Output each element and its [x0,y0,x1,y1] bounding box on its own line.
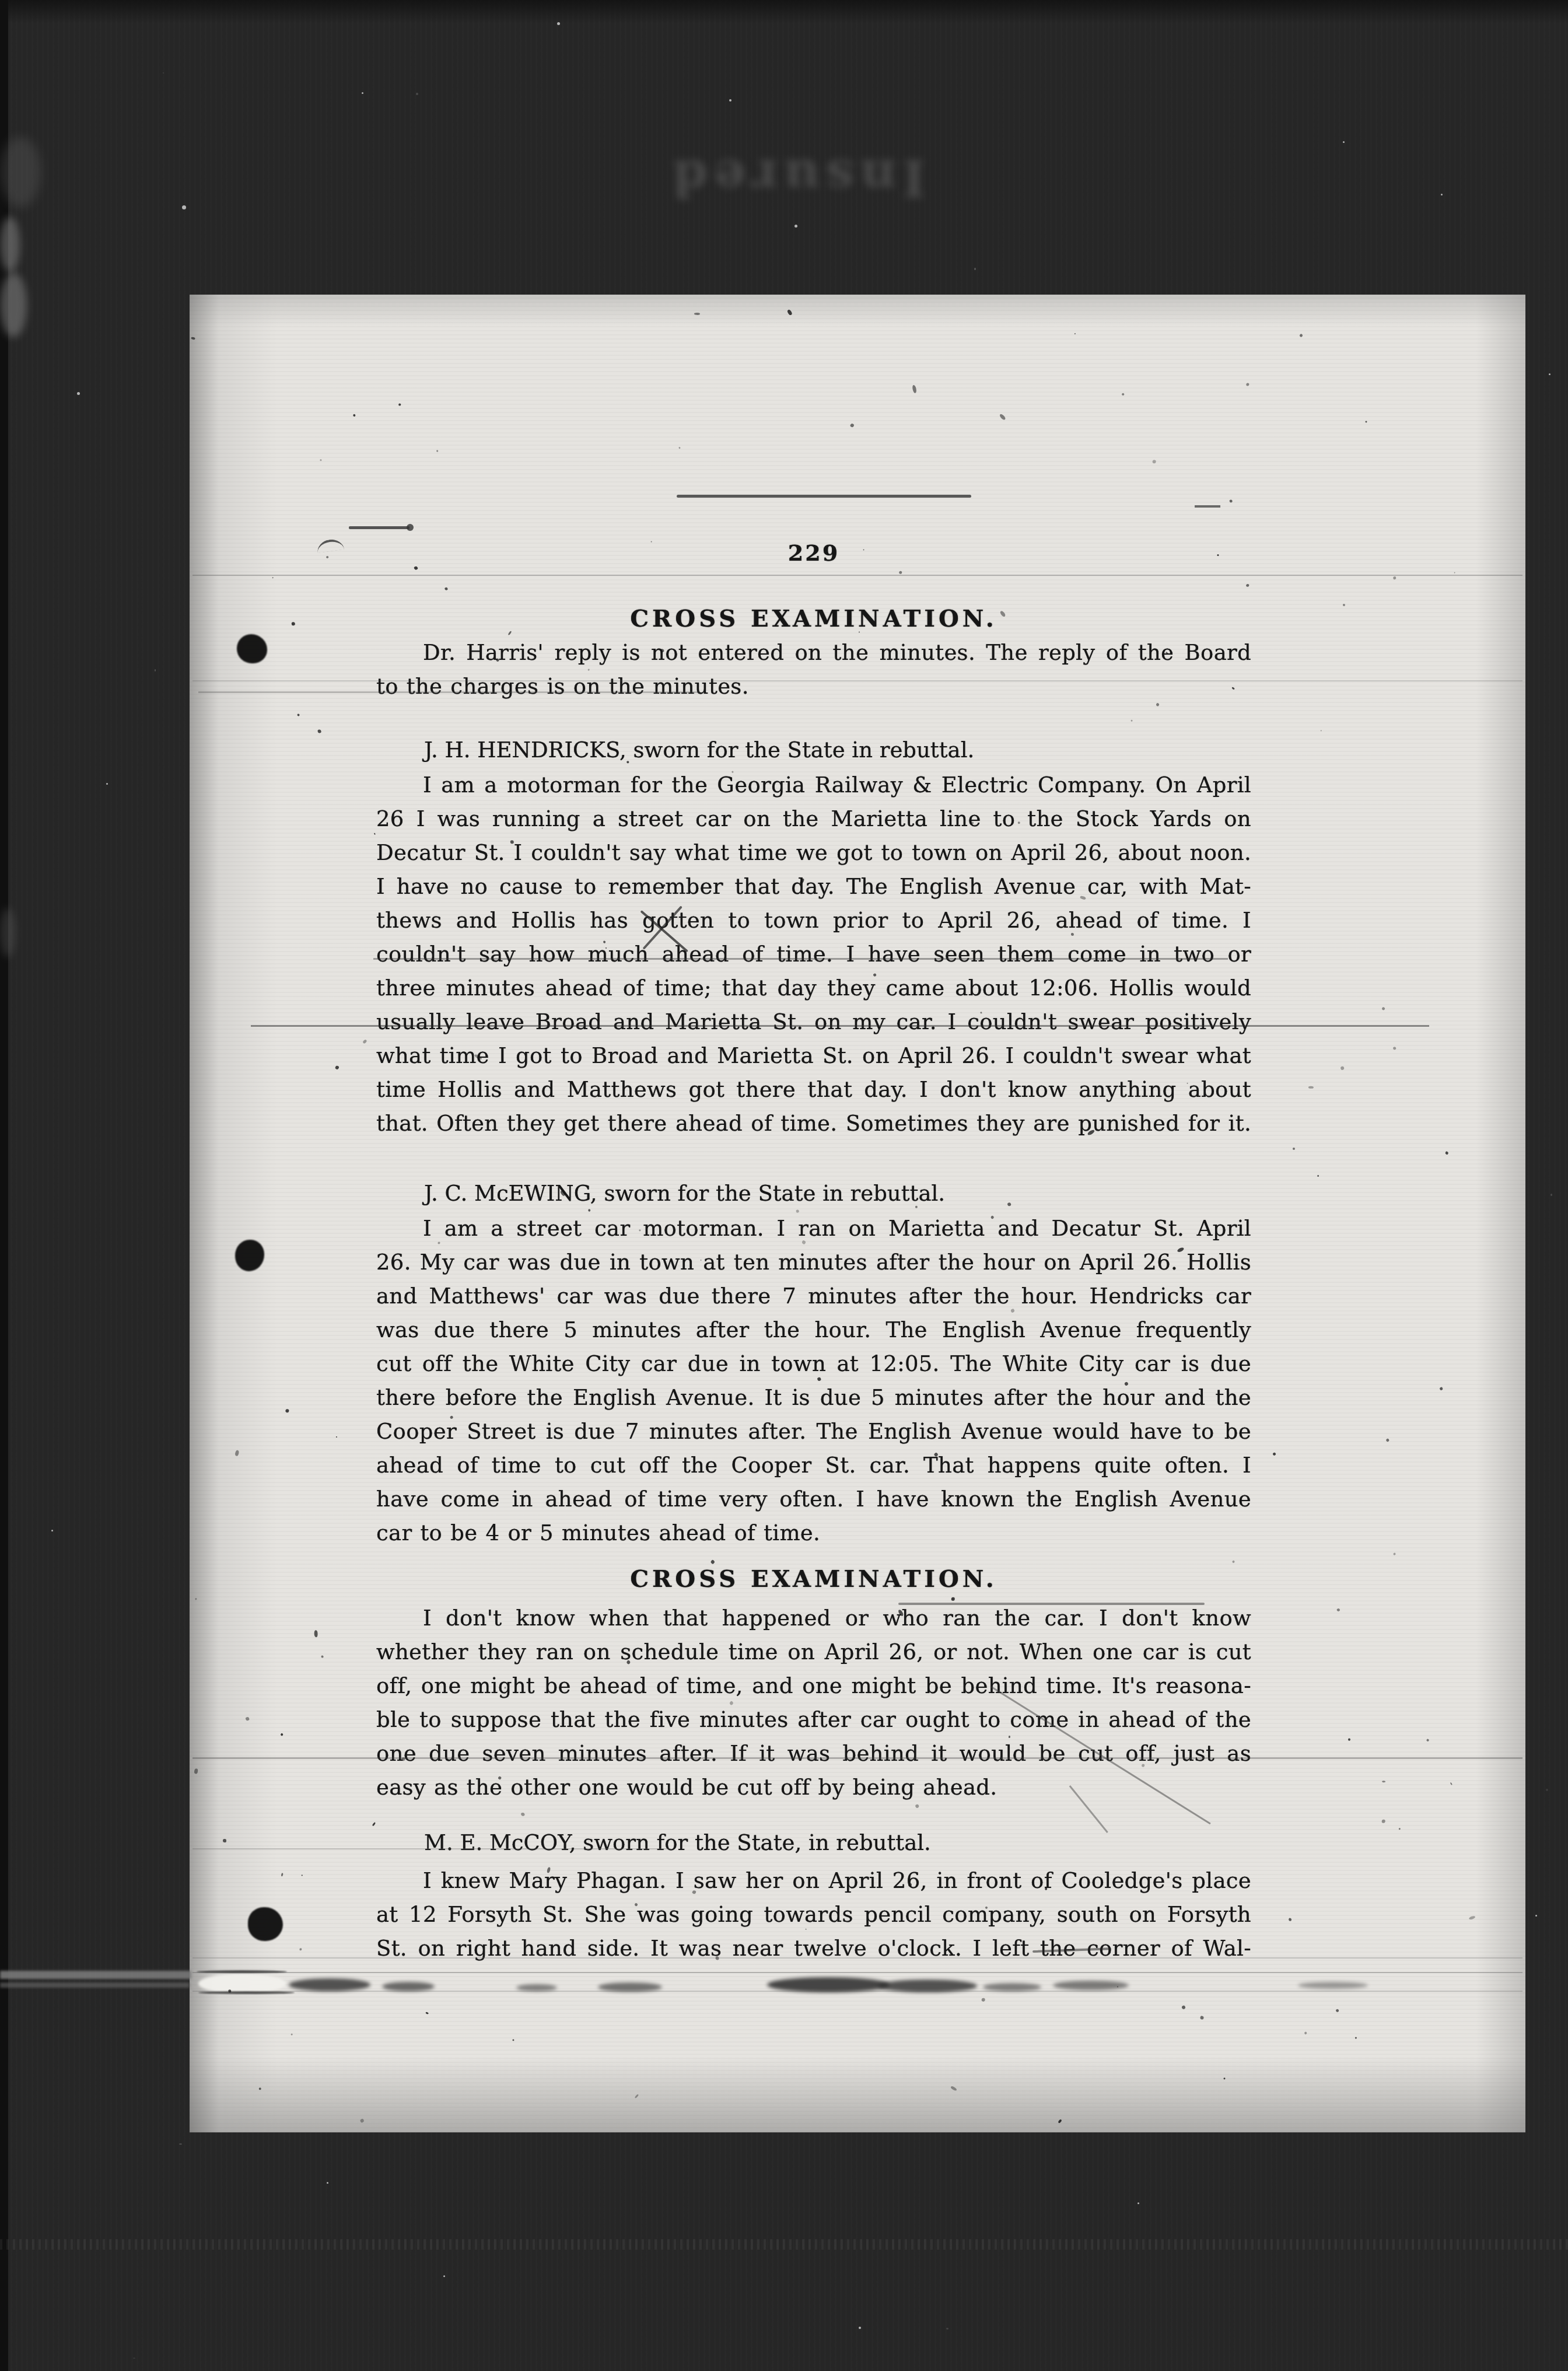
ink-speck [1181,2005,1185,2009]
text-line: have come in ahead of time very often. I… [376,1482,1251,1516]
ink-speck [360,2118,365,2123]
ink-speck [1393,1552,1396,1555]
smudge-band [516,1984,557,1991]
text-line: I don't know when that happened or who r… [376,1601,1251,1635]
text-line: whether they ran on schedule time on Apr… [376,1635,1251,1669]
ink-speck [1308,1086,1314,1089]
scan-streak [898,1603,1205,1605]
film-speck [946,2328,949,2330]
film-speck [182,205,186,209]
ink-speck [1232,1560,1235,1563]
ink-speck [915,1804,919,1809]
ink-speck [325,555,329,559]
film-speck [77,392,80,395]
film-edge-artifact [0,1982,190,1988]
film-speck [1137,2202,1139,2204]
smudge-band [1298,1982,1368,1989]
ink-speck [1347,1738,1350,1741]
ink-speck [1199,2016,1204,2020]
film-speck [794,225,797,228]
film-edge-artifact [0,217,20,272]
ink-speck [194,1768,198,1774]
witness-swear-line: J. H. HENDRICKS, sworn for the State in … [376,733,1299,767]
film-speck [1546,1789,1548,1791]
witness-swear-line: M. E. McCOY, sworn for the State, in reb… [376,1826,1299,1860]
ink-speck [899,571,902,574]
scan-streak [192,575,1522,576]
text-line: St. on right hand side. It was near twel… [376,1932,1251,1966]
film-speck [1343,141,1345,143]
ink-speck [1299,334,1303,338]
ink-speck [301,1875,303,1876]
ink-speck [195,1598,197,1600]
ink-speck [299,1948,302,1951]
scan-streak [677,495,971,498]
ink-speck [1320,730,1322,732]
text-line: was due there 5 minutes after the hour. … [376,1313,1251,1347]
ink-speck [1071,933,1074,936]
ink-speck [912,384,917,393]
film-speck [362,92,363,94]
ink-speck [1382,1781,1385,1783]
ink-speck [1335,2009,1339,2013]
scan-streak [192,1757,1522,1759]
text-line: I am a street car motorman. I ran on Mar… [376,1212,1251,1246]
document-page: 229CROSS EXAMINATION.Dr. Harris' reply i… [190,295,1525,2132]
text-line: cut off the White City car due in town a… [376,1347,1251,1381]
ink-speck [297,714,300,716]
testimony-paragraph: I knew Mary Phagan. I saw her on April 2… [376,1864,1251,1966]
smudge-band [598,1982,662,1992]
film-speck [974,268,976,270]
film-edge-artifact [0,137,41,207]
smudge-band [198,1974,286,1994]
testimony-paragraph: Dr. Harris' reply is not entered on the … [376,636,1251,704]
text-line: I knew Mary Phagan. I saw her on April 2… [376,1864,1251,1898]
ink-speck [281,1733,284,1736]
film-edge-artifact [0,908,15,957]
ink-speck [1450,1782,1453,1785]
ink-speck [1393,576,1396,580]
film-speck [179,2143,181,2145]
scan-streak [407,524,414,531]
section-heading: CROSS EXAMINATION. [376,605,1251,632]
ink-speck [1317,1175,1319,1177]
smudge-band [767,1977,890,1992]
ink-speck [1074,333,1076,335]
scan-streak [192,680,1522,681]
film-speck [1535,1915,1537,1917]
ink-speck [694,313,700,316]
witness-swear-line: J. C. McEWING, sworn for the State in re… [376,1177,1299,1211]
ink-speck [1223,2077,1226,2080]
scan-streak [1195,505,1220,508]
bleed-through-ghost-text: Insured [633,137,960,207]
ink-speck [317,729,321,733]
ink-speck [235,1450,239,1456]
ink-speck [290,2033,293,2036]
film-scan-band [0,2239,1568,2250]
ink-speck [1293,1148,1295,1150]
ink-speck [849,423,854,428]
testimony-paragraph: I am a street car motorman. I ran on Mar… [376,1212,1251,1550]
ink-speck [425,2012,429,2014]
ink-speck [1453,572,1455,573]
text-line: one due seven minutes after. If it was b… [376,1737,1251,1771]
ink-speck [1288,1918,1292,1922]
ink-speck [259,2087,261,2090]
text-line: to the charges is on the minutes. [376,670,1251,704]
ink-speck [650,541,652,543]
ink-speck [605,947,607,949]
ink-speck [1246,583,1250,587]
ink-speck [1153,460,1156,463]
punch-hole [235,1240,264,1271]
smudge-band [382,1982,435,1991]
ink-speck [1058,2119,1062,2124]
film-speck [859,2327,861,2329]
scan-streak [192,1848,671,1849]
text-line: 26. My car was due in town at ten minute… [376,1246,1251,1279]
ink-speck [1229,499,1233,503]
ink-speck [1445,1151,1448,1155]
ink-speck [982,1998,985,2002]
text-line: time Hollis and Matthews got there that … [376,1073,1251,1107]
film-edge-artifact [0,1971,191,1979]
punch-hole [237,634,267,663]
text-line: usually leave Broad and Marietta St. on … [376,1005,1251,1039]
scan-streak [251,1025,1429,1027]
scan-streak [373,958,1228,960]
ink-speck [292,622,295,625]
ink-speck [1304,2031,1307,2034]
ink-speck [915,1206,918,1208]
ink-speck [1392,1046,1396,1050]
text-line: off, one might be ahead of time, and one… [376,1669,1251,1703]
ink-speck [1365,421,1367,423]
section-heading: CROSS EXAMINATION. [376,1565,1251,1593]
text-line: car to be 4 or 5 minutes ahead of time. [376,1516,1251,1550]
ink-speck [951,1597,955,1600]
testimony-paragraph: I am a motorman for the Georgia Railway … [376,768,1251,1141]
ink-speck [223,1839,226,1842]
ink-speck [1386,1438,1390,1442]
testimony-paragraph: I don't know when that happened or who r… [376,1601,1251,1805]
film-speck [106,783,108,785]
ink-speck [444,587,447,590]
film-speck [443,2275,445,2277]
ink-speck [373,833,375,835]
ink-speck [1130,719,1133,722]
text-line: and Matthews' car was due there 7 minute… [376,1279,1251,1313]
smudge-band [197,1970,287,1973]
ink-speck [786,309,793,316]
ink-speck [436,450,439,452]
text-line: that. Often they get there ahead of time… [376,1107,1251,1141]
film-edge-artifact [0,273,27,337]
page-number: 229 [376,540,1251,566]
ink-speck [1354,2037,1357,2040]
text-line: ahead of time to cut off the Cooper St. … [376,1449,1251,1482]
microfilm-frame: Insured 229CROSS EXAMINATION.Dr. Harris'… [0,0,1568,2371]
film-speck [133,2358,135,2359]
ink-speck [1426,1739,1429,1741]
ink-speck [496,1946,500,1949]
ink-speck [372,1822,376,1826]
smudge-band [198,1991,295,1994]
ink-speck [1121,393,1124,396]
film-speck [327,2182,328,2184]
text-line: three minutes ahead of time; that day th… [376,971,1251,1005]
smudge-band [192,1972,1522,1973]
ink-speck [999,413,1006,421]
film-speck [1549,373,1550,375]
ink-speck [314,1630,317,1637]
text-line: I have no cause to remember that day. Th… [376,870,1251,904]
ink-speck [1336,1608,1340,1612]
ink-speck [281,1873,283,1876]
film-top-edge [0,0,1568,23]
film-speck [1550,1194,1552,1196]
smudge-band [878,1980,977,1992]
text-line: Decatur St. I couldn't say what time we … [376,836,1251,870]
ink-speck [1399,1827,1401,1830]
ink-speck [320,459,323,461]
ink-speck [950,2086,957,2092]
text-line: at 12 Forsyth St. She was going towards … [376,1898,1251,1932]
ink-speck [272,577,274,579]
scan-streak [192,1957,1522,1959]
ink-speck [678,446,681,449]
text-line: what time I got to Broad and Marietta St… [376,1039,1251,1073]
text-line: there before the English Avenue. It is d… [376,1381,1251,1415]
text-line: Cooper Street is due 7 minutes after. Th… [376,1415,1251,1449]
film-speck [163,72,164,74]
text-line: ble to suppose that the five minutes aft… [376,1703,1251,1737]
ink-speck [335,1065,339,1069]
ink-speck [1246,383,1250,387]
ink-speck [1440,1387,1443,1390]
ink-speck [1272,1452,1276,1456]
smudge-band [289,1978,370,1991]
ink-speck [510,840,513,844]
ink-speck [362,1039,367,1044]
ink-speck [398,403,401,406]
ink-speck [520,1812,525,1817]
punch-hole [248,1907,283,1941]
ink-speck [1340,1066,1345,1071]
ink-speck [1381,1819,1385,1823]
text-line: easy as the other one would be cut off b… [376,1771,1251,1805]
ink-speck [285,1408,289,1412]
ink-speck [228,1989,232,1993]
scan-streak [349,526,409,529]
text-line: Dr. Harris' reply is not entered on the … [376,636,1251,670]
ink-speck [321,1655,324,1658]
text-line: I am a motorman for the Georgia Railway … [376,768,1251,802]
ink-speck [191,337,195,340]
ink-speck [353,414,356,417]
ink-speck [336,1436,337,1438]
ink-speck [635,2094,639,2099]
ink-speck [512,2039,514,2041]
film-speck [416,93,418,95]
film-speck [729,99,731,102]
ink-speck [1381,1007,1385,1011]
film-left-edge [0,0,8,2371]
ink-speck [414,565,419,571]
smudge-band [983,1983,1041,1991]
text-line: couldn't say how much ahead of time. I h… [376,938,1251,971]
text-line: thews and Hollis has gotten to town prio… [376,904,1251,938]
scan-streak [198,691,700,693]
ink-speck [710,1559,715,1564]
ink-speck [1343,604,1345,606]
text-line: 26 I was running a street car on the Mar… [376,802,1251,836]
ink-speck [926,1403,928,1405]
ink-speck [246,1716,250,1720]
ink-speck [1468,1915,1475,1920]
film-speck [51,1530,53,1531]
film-speck [155,669,156,671]
film-speck [557,22,560,25]
film-speck [1441,194,1443,195]
